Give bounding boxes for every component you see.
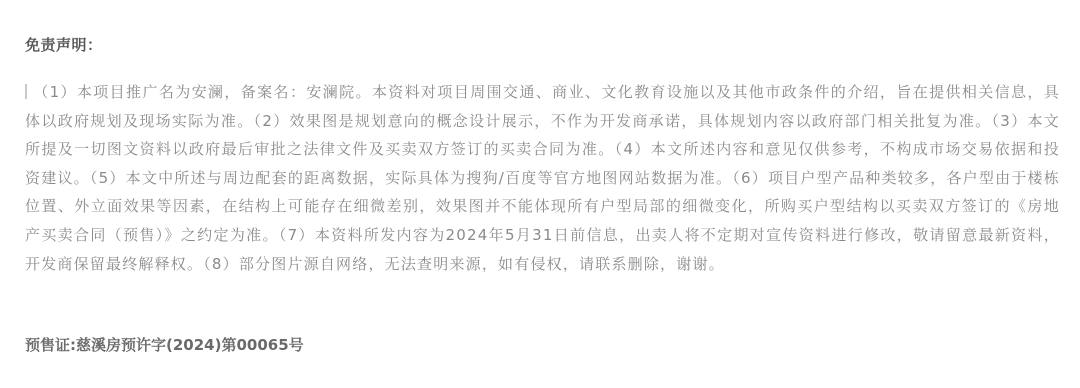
text-cursor-bar bbox=[25, 84, 27, 99]
disclaimer-title: 免责声明： bbox=[25, 34, 103, 55]
disclaimer-body-text: （1）本项目推广名为安澜，备案名：安澜院。本资料对项目周围交通、商业、文化教育设… bbox=[25, 83, 1060, 273]
presale-license: 预售证:慈溪房预许字(2024)第00065号 bbox=[25, 334, 304, 355]
disclaimer-body: （1）本项目推广名为安澜，备案名：安澜院。本资料对项目周围交通、商业、文化教育设… bbox=[25, 78, 1060, 278]
